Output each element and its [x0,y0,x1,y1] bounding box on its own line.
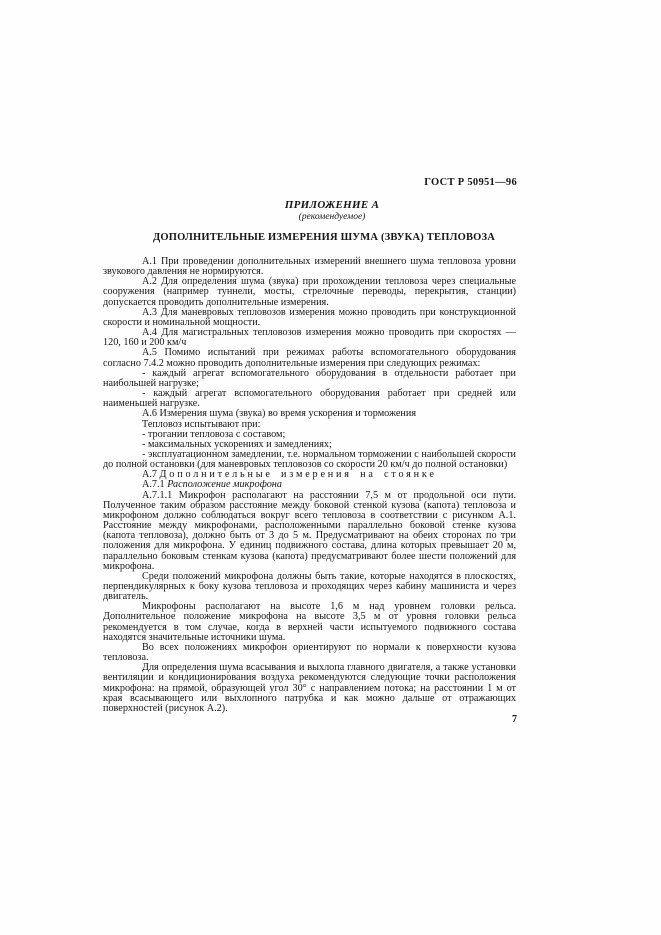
appendix-heading: ПРИЛОЖЕНИЕ А (рекомендуемое) [125,199,539,222]
body-paragraphs: А.1 При проведении дополнительных измере… [103,257,516,714]
paragraph: А.4 Для магистральных тепловозов измерен… [103,328,516,348]
paragraph: А.2 Для определения шума (звука) при про… [103,277,516,307]
standard-reference: ГОСТ Р 50951—96 [103,177,517,188]
clause-number: А.7.1 [142,479,167,490]
paragraph: Среди положений микрофона должны быть та… [103,572,516,602]
paragraph: - эксплуатационном замедлении, т.е. норм… [103,450,516,470]
paragraph: Во всех положениях микрофон ориентируют … [103,643,516,663]
page-number: 7 [103,714,517,725]
paragraph: Для определения шума всасывания и выхлоп… [103,663,516,714]
appendix-label: ПРИЛОЖЕНИЕ А [125,199,539,211]
appendix-note: (рекомендуемое) [125,212,539,222]
clause-title: Расположение микрофона [167,479,282,490]
document-page: ГОСТ Р 50951—96 ПРИЛОЖЕНИЕ А (рекомендуе… [0,0,661,935]
paragraph: А.7.1.1 Микрофон располагают на расстоян… [103,491,516,572]
paragraph: - каждый агрегат вспомогательного оборуд… [103,369,516,389]
paragraph: Микрофоны располагают на высоте 1,6 м на… [103,602,516,643]
paragraph: А.5 Помимо испытаний при режимах работы … [103,348,516,368]
paragraph: - каждый агрегат вспомогательного оборуд… [103,389,516,409]
paragraph: А.6 Измерения шума (звука) во время уско… [103,409,516,419]
paragraph: А.3 Для маневровых тепловозов измерения … [103,308,516,328]
document-title: ДОПОЛНИТЕЛЬНЫЕ ИЗМЕРЕНИЯ ШУМА (ЗВУКА) ТЕ… [117,232,531,243]
paragraph: А.1 При проведении дополнительных измере… [103,257,516,277]
